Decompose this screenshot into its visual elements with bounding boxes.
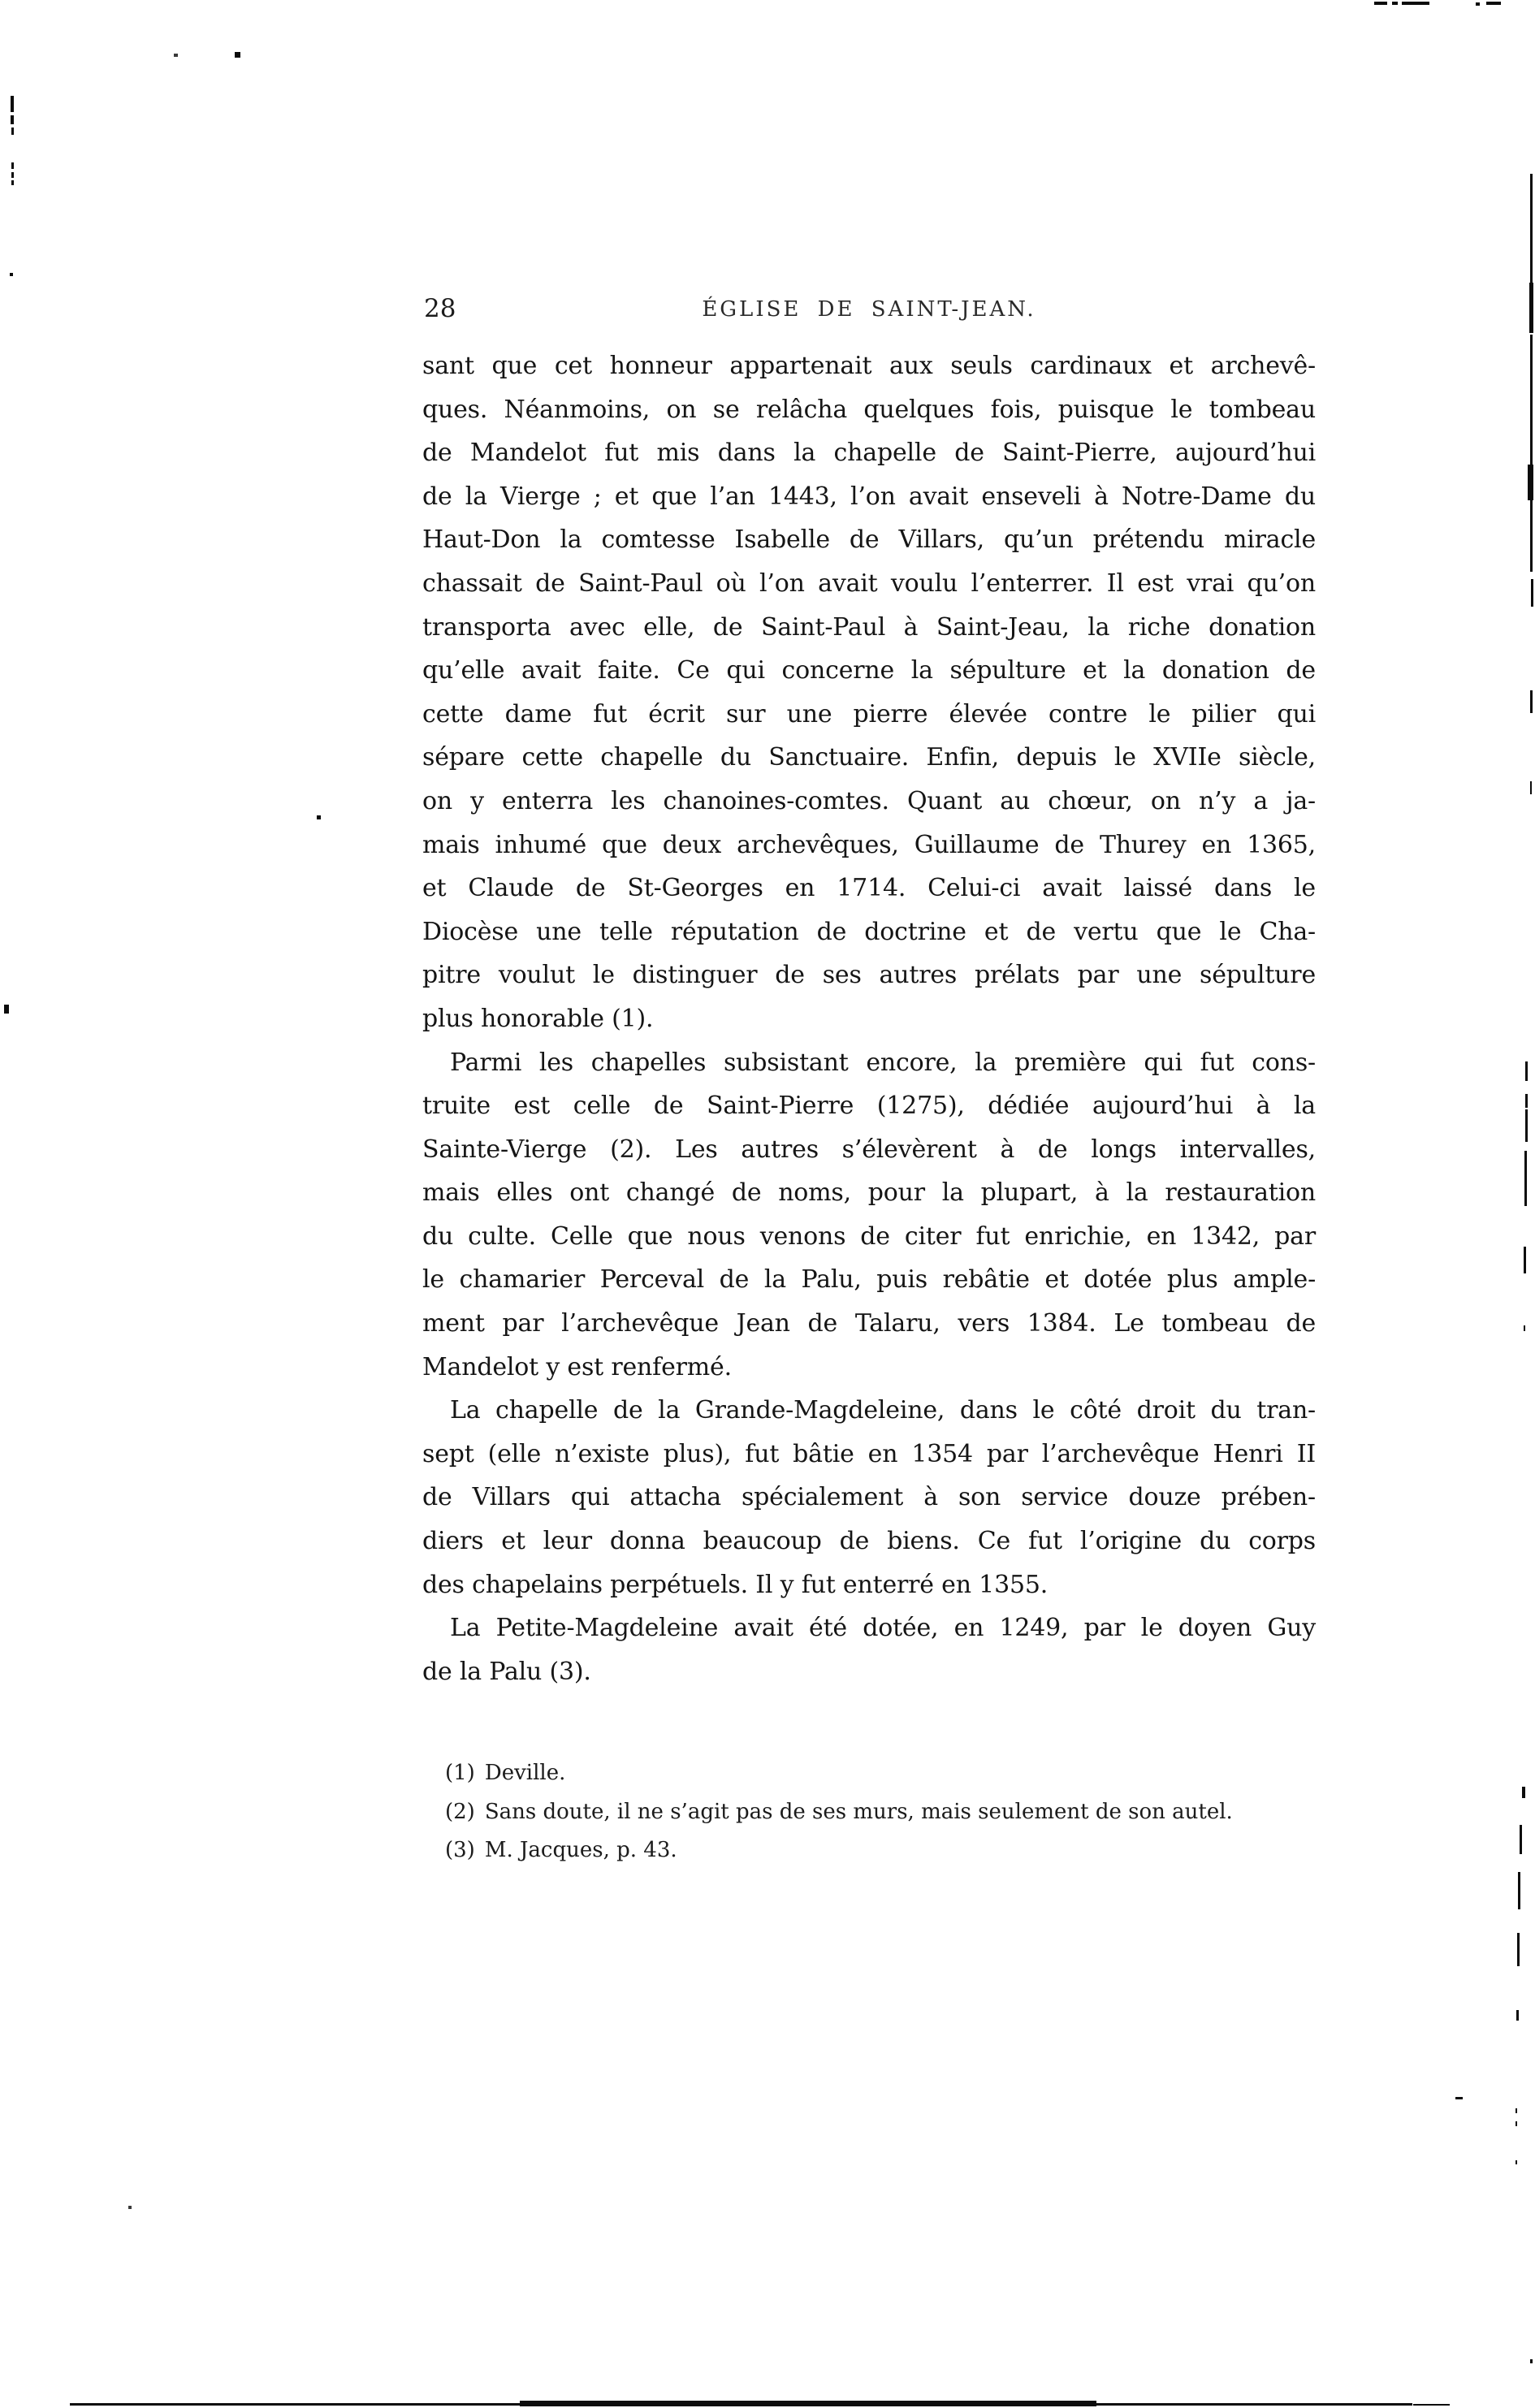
scan-mark bbox=[1525, 1109, 1528, 1142]
scan-mark bbox=[1518, 1872, 1520, 1909]
body-line: mais inhumé que deux archevêques, Guilla… bbox=[422, 824, 1316, 867]
scan-mark bbox=[1525, 1094, 1528, 1108]
body-line: Sainte-Vierge (2). Les autres s’élevèren… bbox=[422, 1128, 1316, 1172]
scan-mark bbox=[317, 815, 321, 819]
scan-mark bbox=[1528, 465, 1533, 500]
footnote-marker: (3) bbox=[445, 1838, 475, 1862]
page-bottom-edge-line bbox=[1413, 2404, 1450, 2406]
scan-mark bbox=[1455, 2097, 1463, 2099]
scan-mark bbox=[1392, 2, 1398, 5]
footnote-line: (3)M. Jacques, p. 43. bbox=[422, 1831, 1324, 1870]
scan-mark bbox=[1516, 2108, 1517, 2113]
scan-mark bbox=[1516, 2010, 1519, 2021]
scan-mark bbox=[11, 180, 14, 185]
footnote-line: (1)Deville. bbox=[422, 1754, 1324, 1793]
scan-mark bbox=[1530, 335, 1533, 465]
body-line: du culte. Celle que nous venons de citer… bbox=[422, 1215, 1316, 1259]
body-line: La chapelle de la Grande-Magdeleine, dan… bbox=[422, 1389, 1316, 1433]
scan-mark bbox=[11, 96, 14, 112]
body-line: de Mandelot fut mis dans la chapelle de … bbox=[422, 431, 1316, 475]
scan-mark bbox=[11, 128, 14, 135]
body-line: cette dame fut écrit sur une pierre élev… bbox=[422, 693, 1316, 737]
scan-mark bbox=[11, 172, 14, 178]
body-line: mais elles ont changé de noms, pour la p… bbox=[422, 1171, 1316, 1215]
scan-mark bbox=[1516, 2121, 1517, 2126]
footnote-text: M. Jacques, p. 43. bbox=[485, 1838, 677, 1862]
body-text: sant que cet honneur appartenait aux seu… bbox=[422, 344, 1316, 1693]
body-line: diers et leur donna beaucoup de biens. C… bbox=[422, 1520, 1316, 1563]
scan-mark bbox=[174, 54, 178, 57]
body-line: de la Palu (3). bbox=[422, 1650, 1316, 1694]
body-line: sept (elle n’existe plus), fut bâtie en … bbox=[422, 1433, 1316, 1476]
scan-mark bbox=[1524, 1325, 1525, 1331]
body-line: de Villars qui attacha spécialement à so… bbox=[422, 1476, 1316, 1520]
scan-mark bbox=[1524, 1247, 1526, 1273]
scan-mark bbox=[1530, 781, 1532, 794]
body-line: des chapelains perpétuels. Il y fut ente… bbox=[422, 1563, 1316, 1607]
running-head: 28 ÉGLISE DE SAINT-JEAN. bbox=[422, 292, 1316, 328]
body-line: on y enterra les chanoines-comtes. Quant… bbox=[422, 780, 1316, 824]
scan-mark bbox=[1525, 1061, 1528, 1081]
body-line: le chamarier Perceval de la Palu, puis r… bbox=[422, 1258, 1316, 1302]
footnotes: (1)Deville.(2)Sans doute, il ne s’agit p… bbox=[422, 1754, 1324, 1870]
body-line: ment par l’archevêque Jean de Talaru, ve… bbox=[422, 1302, 1316, 1346]
scan-mark bbox=[1529, 283, 1533, 333]
page-number: 28 bbox=[424, 294, 456, 323]
body-line: pitre voulut le distinguer de ses autres… bbox=[422, 953, 1316, 997]
scan-mark bbox=[1517, 1933, 1520, 1966]
body-line: Haut-Don la comtesse Isabelle de Villars… bbox=[422, 518, 1316, 562]
footnote-line: (2)Sans doute, il ne s’agit pas de ses m… bbox=[422, 1793, 1324, 1832]
scan-mark bbox=[1524, 1151, 1527, 1206]
body-line: qu’elle avait faite. Ce qui concerne la … bbox=[422, 649, 1316, 693]
scan-mark bbox=[1530, 2359, 1533, 2363]
scan-mark bbox=[11, 162, 14, 169]
page-bottom-edge-line bbox=[520, 2401, 1096, 2406]
scanned-page: 28 ÉGLISE DE SAINT-JEAN. sant que cet ho… bbox=[0, 0, 1535, 2408]
body-line: Diocèse une telle réputation de doctrine… bbox=[422, 910, 1316, 954]
running-title: ÉGLISE DE SAINT-JEAN. bbox=[422, 292, 1316, 322]
scan-mark bbox=[235, 52, 240, 58]
scan-mark bbox=[10, 273, 13, 276]
body-line: ques. Néanmoins, on se relâcha quelques … bbox=[422, 388, 1316, 432]
footnote-text: Deville. bbox=[485, 1761, 566, 1785]
body-line: Parmi les chapelles subsistant encore, l… bbox=[422, 1041, 1316, 1085]
scan-mark bbox=[1531, 579, 1533, 607]
scan-mark bbox=[11, 115, 14, 124]
footnote-text: Sans doute, il ne s’agit pas de ses murs… bbox=[485, 1800, 1233, 1824]
footnote-marker: (2) bbox=[445, 1800, 475, 1824]
body-line: sépare cette chapelle du Sanctuaire. Enf… bbox=[422, 736, 1316, 780]
body-line: La Petite-Magdeleine avait été dotée, en… bbox=[422, 1606, 1316, 1650]
body-line: truite est celle de Saint-Pierre (1275),… bbox=[422, 1084, 1316, 1128]
scan-mark bbox=[1374, 2, 1387, 5]
scan-mark bbox=[1402, 2, 1429, 5]
body-line: et Claude de St-Georges en 1714. Celui-c… bbox=[422, 867, 1316, 910]
scan-mark bbox=[1530, 690, 1533, 713]
scan-mark bbox=[1522, 1787, 1525, 1798]
body-line: plus honorable (1). bbox=[422, 997, 1316, 1041]
scan-mark bbox=[1486, 2, 1501, 5]
scan-mark bbox=[128, 2206, 132, 2209]
body-line: transporta avec elle, de Saint-Paul à Sa… bbox=[422, 606, 1316, 650]
scan-mark bbox=[1476, 2, 1480, 6]
scan-mark bbox=[4, 1005, 9, 1014]
body-line: chassait de Saint-Paul où l’on avait vou… bbox=[422, 562, 1316, 606]
body-line: sant que cet honneur appartenait aux seu… bbox=[422, 344, 1316, 388]
scan-mark bbox=[1516, 2160, 1517, 2164]
scan-mark bbox=[1520, 1825, 1522, 1854]
body-line: Mandelot y est renfermé. bbox=[422, 1346, 1316, 1390]
scan-mark bbox=[1530, 500, 1533, 572]
scan-mark bbox=[1530, 174, 1533, 287]
body-line: de la Vierge ; et que l’an 1443, l’on av… bbox=[422, 475, 1316, 519]
footnote-marker: (1) bbox=[445, 1761, 475, 1785]
